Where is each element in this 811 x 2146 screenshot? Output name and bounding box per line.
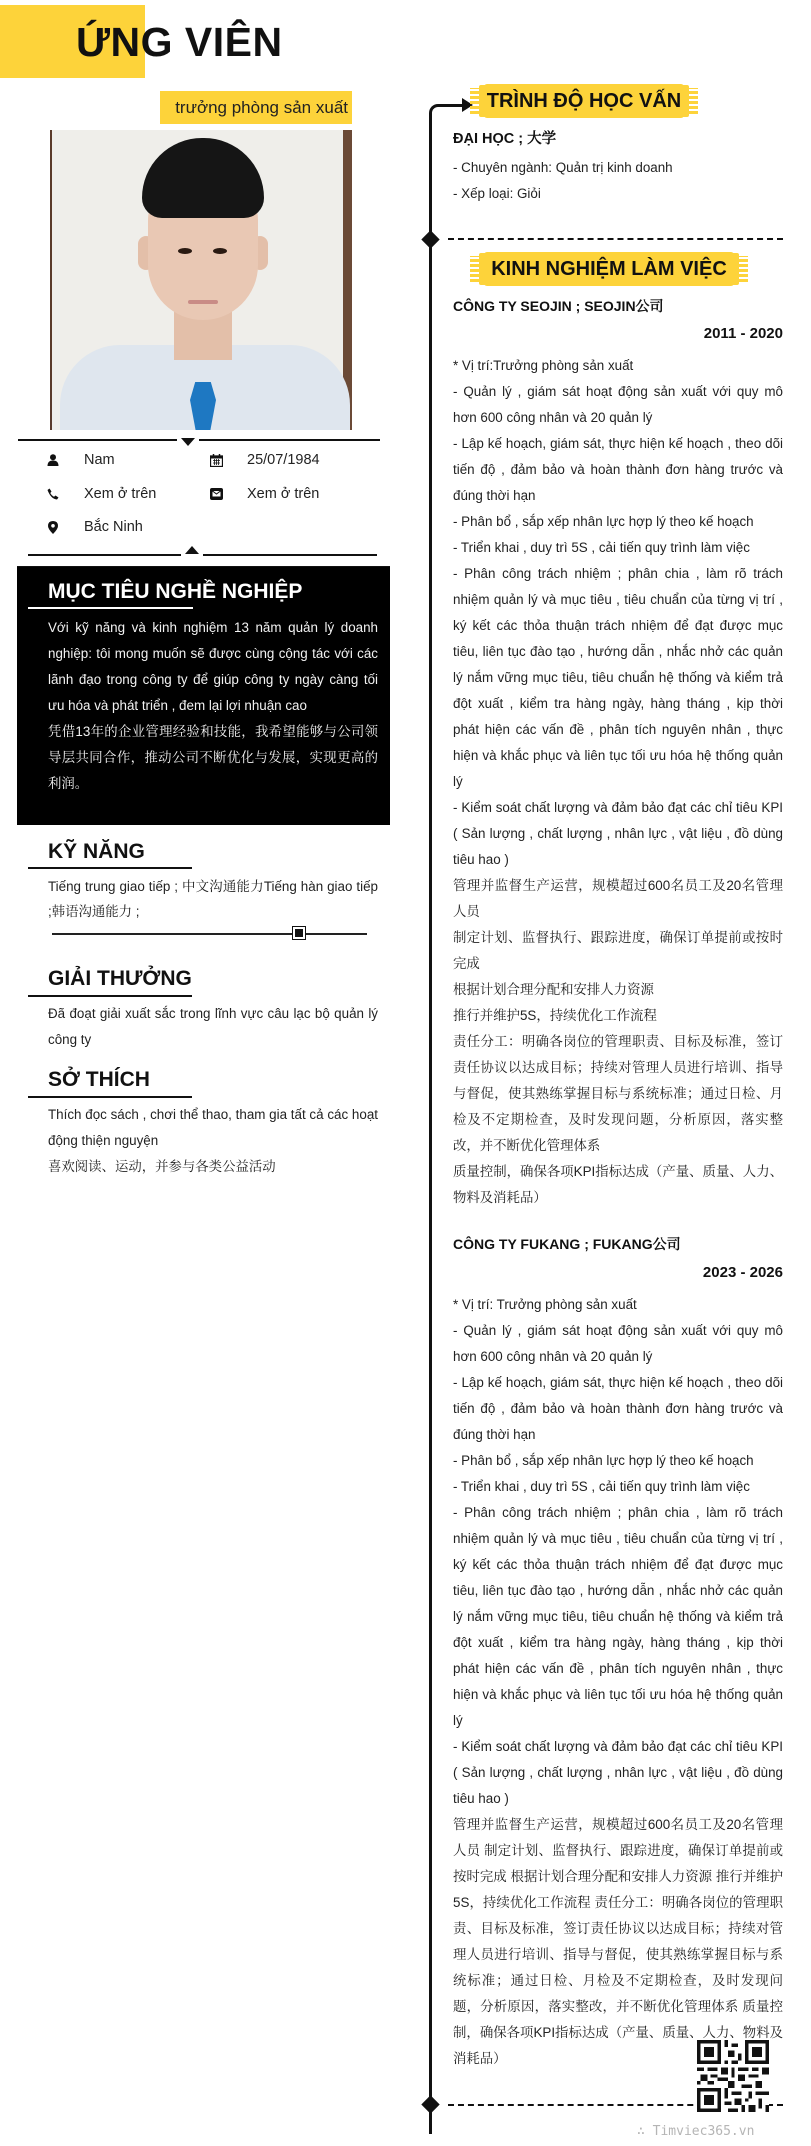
job-line: - Quản lý , giám sát hoạt động sản xuất … [453, 1318, 783, 1370]
calendar-icon [205, 454, 227, 467]
hobbies-text-vi: Thích đọc sách , chơi thể thao, tham gia… [48, 1102, 378, 1154]
job-line: * Vị trí:Trưởng phòng sản xuất [453, 353, 783, 379]
address-value: Bắc Ninh [84, 519, 143, 535]
triangle-down-icon [181, 438, 195, 446]
skills-underline [28, 867, 192, 869]
watermark: ∴ Timviec365.vn [637, 2124, 754, 2139]
job-line: - Kiểm soát chất lượng và đảm bảo đạt cá… [453, 1734, 783, 1812]
timeline-arrow-line [440, 104, 464, 107]
hobbies-title: SỞ THÍCH [48, 1069, 150, 1090]
phone-value: Xem ở trên [84, 486, 156, 502]
hobbies-text-zh: 喜欢阅读、运动，并参与各类公益活动 [48, 1154, 378, 1180]
position-badge: trưởng phòng sản xuất [160, 91, 352, 124]
objective-text-zh: 凭借13年的企业管理经验和技能，我希望能够与公司领导层共同合作，推动公司不断优化… [48, 719, 378, 797]
skill-level-bar [52, 933, 367, 935]
timeline-line [429, 116, 432, 2134]
email-value: Xem ở trên [247, 486, 319, 502]
job-line: 制定计划、监督执行、跟踪进度，确保订单提前或按时完成 [453, 925, 783, 977]
diamond-icon [421, 230, 439, 248]
job-line: - Lập kế hoạch, giám sát, thực hiện kế h… [453, 1370, 783, 1448]
objective-text: Với kỹ năng và kinh nghiệm 13 năm quản l… [48, 615, 378, 797]
job-line: - Quản lý , giám sát hoạt động sản xuất … [453, 379, 783, 431]
info-top-divider [18, 439, 177, 441]
job-line: 根据计划合理分配和安排人力资源 [453, 977, 783, 1003]
skills-title: KỸ NĂNG [48, 841, 145, 862]
objective-underline [28, 607, 193, 609]
job-line: 推行并维护5S，持续优化工作流程 [453, 1003, 783, 1029]
job-line: - Phân công trách nhiệm ; phân chia , là… [453, 561, 783, 795]
job-period: 2011 - 2020 [704, 325, 783, 342]
job-company: CÔNG TY SEOJIN ; SEOJIN公司 [453, 296, 664, 316]
diamond-icon [421, 2095, 439, 2113]
job-line: - Kiểm soát chất lượng và đảm bảo đạt cá… [453, 795, 783, 873]
skill-level-handle [293, 927, 305, 939]
info-email: Xem ở trên [205, 486, 319, 502]
skill-name: Tiếng trung giao tiếp ; 中文沟通能力Tiếng hàn … [48, 874, 378, 924]
info-birthday: 25/07/1984 [205, 452, 320, 468]
job-line: 管理并监督生产运营，规模超过600名员工及20名管理人员 制定计划、监督执行、跟… [453, 1812, 783, 2072]
section-dashed-divider [448, 238, 783, 240]
envelope-icon [205, 488, 227, 500]
phone-icon [42, 488, 64, 500]
job-company: CÔNG TY FUKANG ; FUKANG公司 [453, 1234, 681, 1254]
info-gender: Nam [42, 452, 115, 468]
job-line: 管理并监督生产运营，规模超过600名员工及20名管理人员 [453, 873, 783, 925]
awards-title: GIẢI THƯỞNG [48, 968, 192, 989]
job-line: 质量控制，确保各项KPI指标达成（产量、质量、人力、物料及消耗品） [453, 1159, 783, 1211]
hobbies-text: Thích đọc sách , chơi thể thao, tham gia… [48, 1102, 378, 1180]
info-bottom-divider [28, 554, 181, 556]
experience-title: KINH NGHIỆM LÀM VIỆC [484, 252, 734, 286]
hobbies-underline [28, 1096, 192, 1098]
job-line: 责任分工：明确各岗位的管理职责、目标及标准，签订责任协议以达成目标；持续对管理人… [453, 1029, 783, 1159]
education-details: - Chuyên ngành: Quản trị kinh doanh - Xế… [453, 155, 783, 207]
career-objective-section: MỤC TIÊU NGHỀ NGHIỆP Với kỹ năng và kinh… [17, 567, 390, 825]
awards-underline [28, 995, 192, 997]
qr-code-icon [697, 2040, 769, 2112]
job-line: - Lập kế hoạch, giám sát, thực hiện kế h… [453, 431, 783, 509]
job-line: * Vị trí: Trưởng phòng sản xuất [453, 1292, 783, 1318]
education-major: - Chuyên ngành: Quản trị kinh doanh [453, 155, 783, 181]
user-icon [42, 454, 64, 466]
info-address: Bắc Ninh [42, 519, 143, 535]
page-title: ỨNG VIÊN [76, 22, 283, 63]
job-description: * Vị trí: Trưởng phòng sản xuất - Quản l… [453, 1292, 783, 2072]
gender-value: Nam [84, 452, 115, 468]
job-line: - Phân bổ , sắp xếp nhân lực hợp lý theo… [453, 1448, 783, 1474]
info-bottom-divider [203, 554, 377, 556]
info-phone: Xem ở trên [42, 486, 156, 502]
education-title: TRÌNH ĐỘ HỌC VẤN [484, 84, 684, 118]
objective-text-vi: Với kỹ năng và kinh nghiệm 13 năm quản l… [48, 615, 378, 719]
job-line: - Triển khai , duy trì 5S , cải tiến quy… [453, 1474, 783, 1500]
job-line: - Phân công trách nhiệm ; phân chia , là… [453, 1500, 783, 1734]
triangle-up-icon [185, 546, 199, 554]
education-grade: - Xếp loại: Giỏi [453, 181, 783, 207]
job-description: * Vị trí:Trưởng phòng sản xuất - Quản lý… [453, 353, 783, 1211]
objective-title: MỤC TIÊU NGHỀ NGHIỆP [48, 581, 302, 602]
education-school: ĐẠI HỌC ; 大学 [453, 127, 556, 148]
info-top-divider [199, 439, 380, 441]
job-period: 2023 - 2026 [703, 1264, 783, 1281]
awards-text: Đã đoạt giải xuất sắc trong lĩnh vực câu… [48, 1001, 378, 1053]
birthday-value: 25/07/1984 [247, 452, 320, 468]
avatar [50, 130, 352, 430]
job-line: - Phân bổ , sắp xếp nhân lực hợp lý theo… [453, 509, 783, 535]
map-marker-icon [42, 521, 64, 534]
job-line: - Triển khai , duy trì 5S , cải tiến quy… [453, 535, 783, 561]
